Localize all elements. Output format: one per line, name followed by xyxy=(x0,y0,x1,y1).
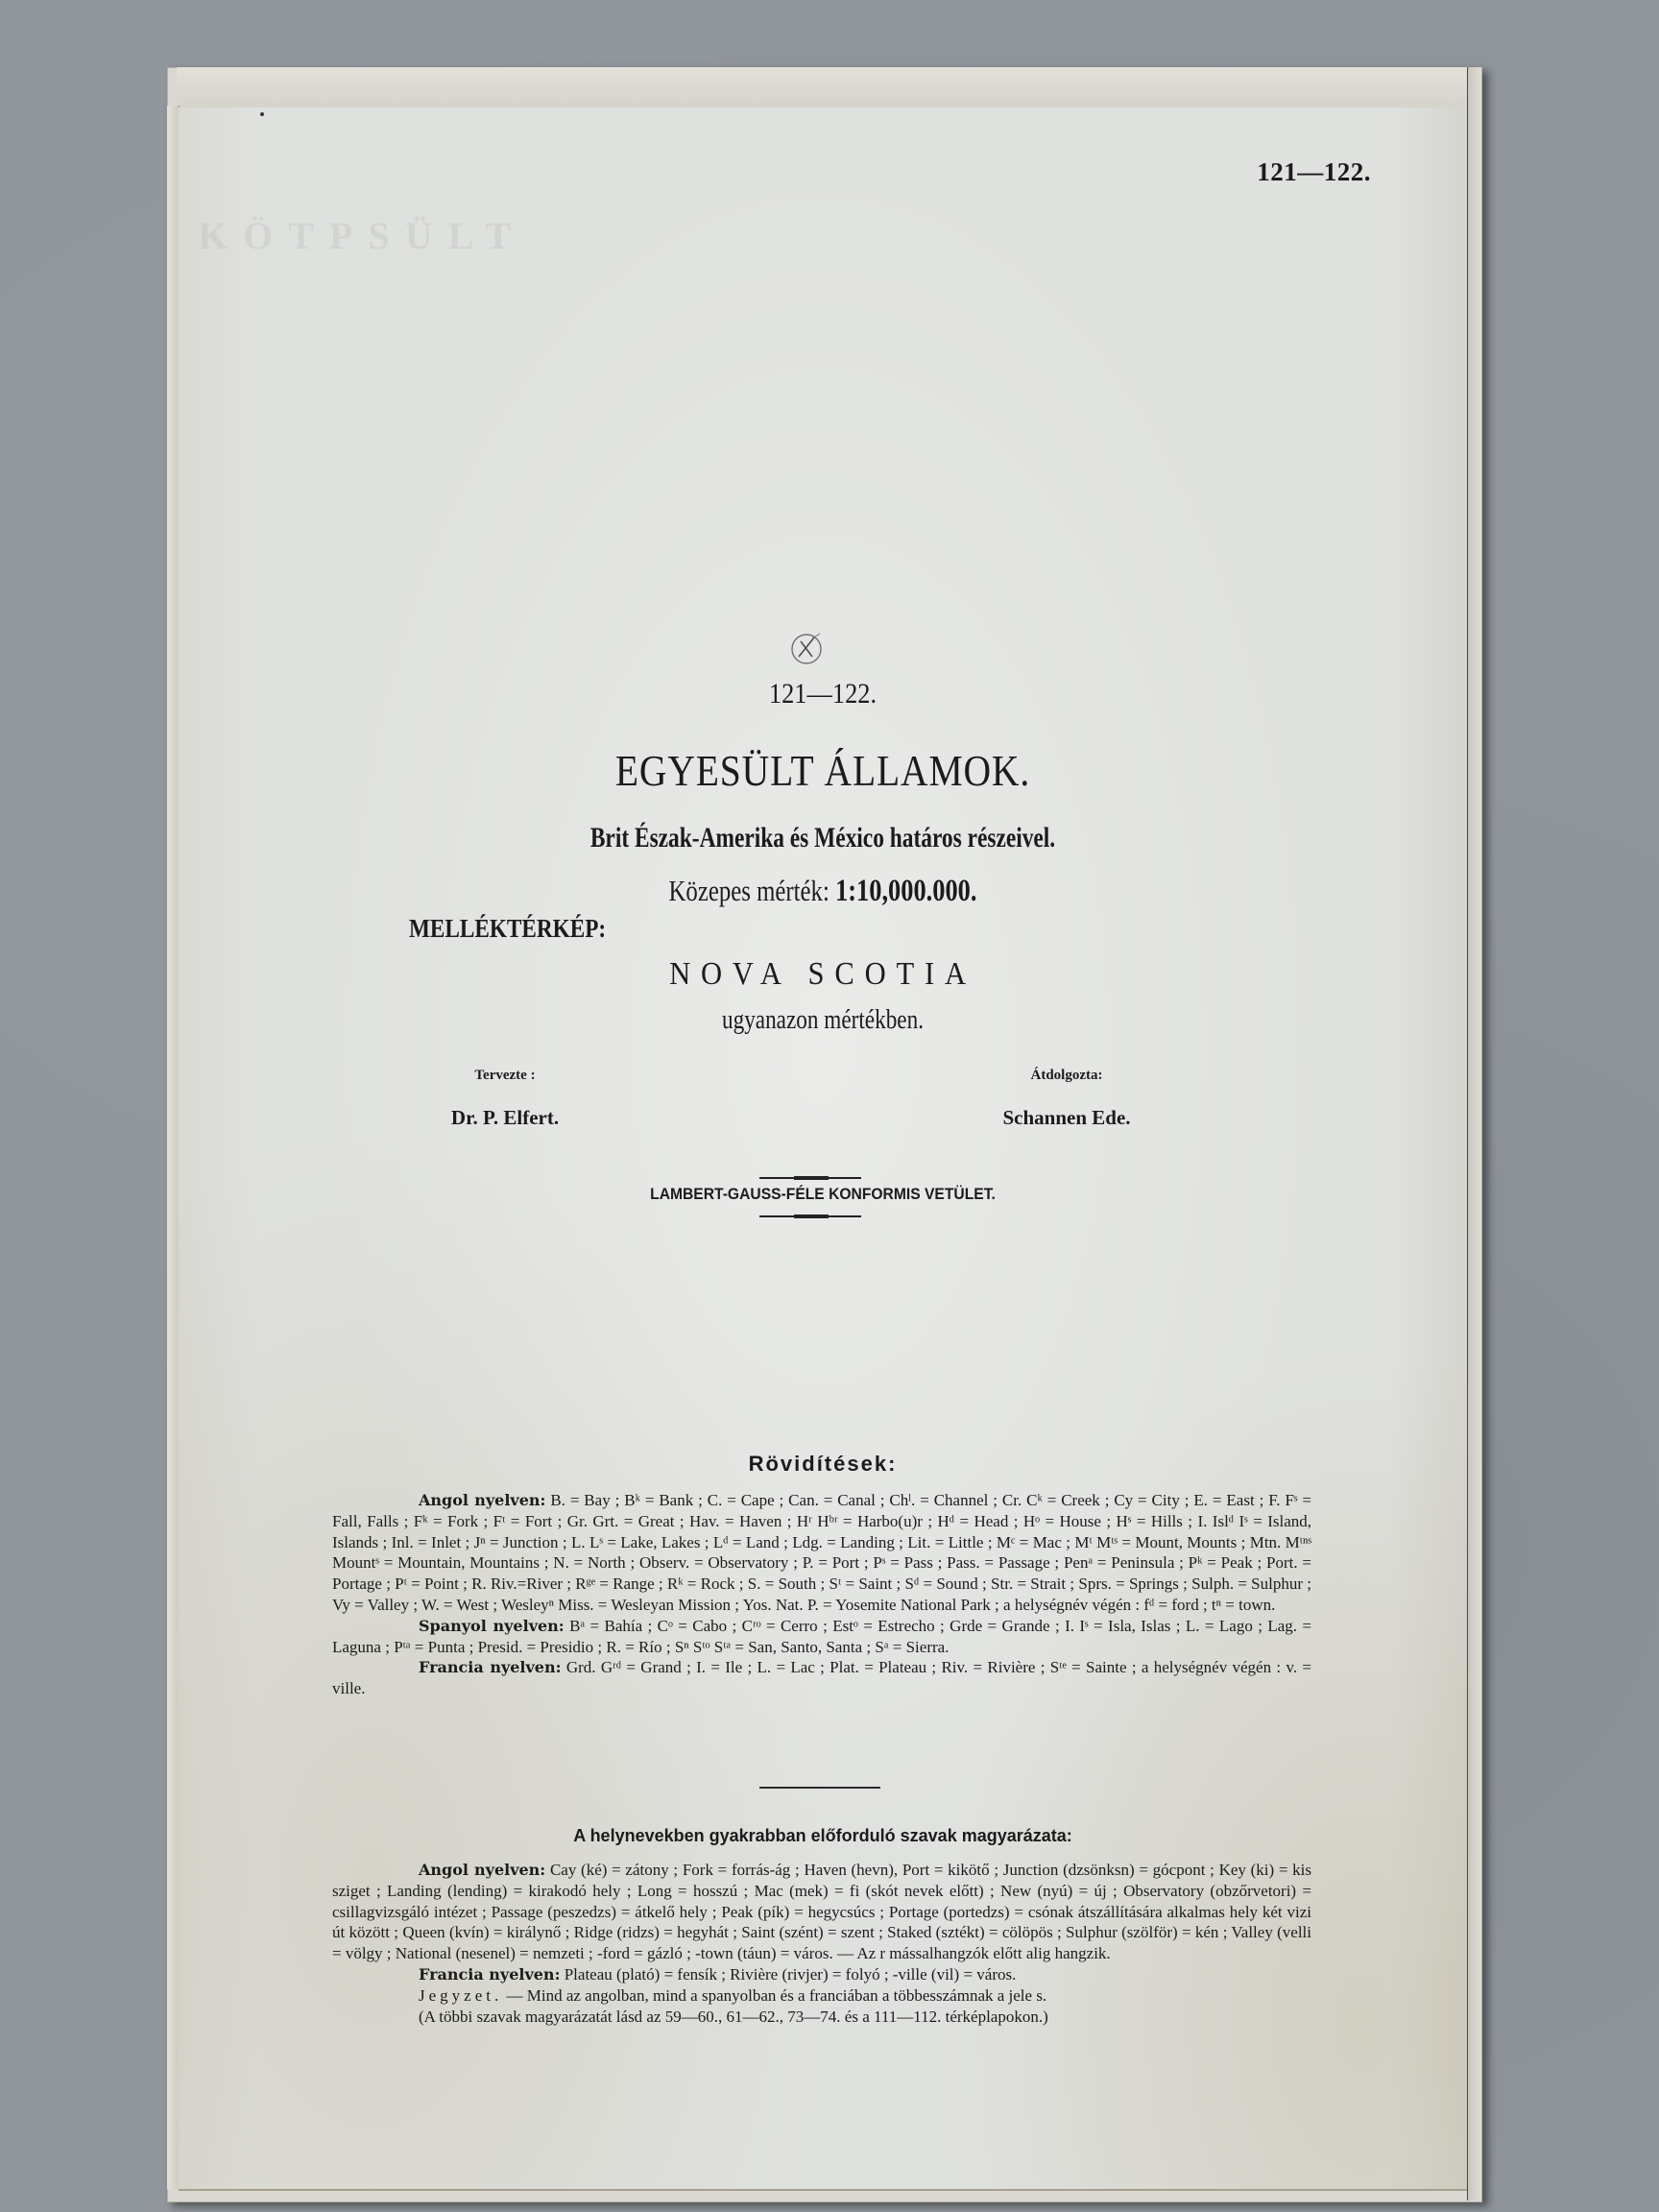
french-explain-label: Francia nyelven: xyxy=(419,1965,560,1984)
paper-speck xyxy=(260,112,264,116)
reference-text: (A többi szavak magyarázatát lásd az 59—… xyxy=(419,2008,1048,2026)
english-label: Angol nyelven: xyxy=(419,1491,545,1509)
ornament-rule-bottom xyxy=(759,1215,861,1217)
explanations-english: Angol nyelven: Cay (ké) = zátony ; Fork … xyxy=(332,1860,1311,1964)
scale-label: Közepes mérték: xyxy=(669,874,829,907)
english-explain-label: Angol nyelven: xyxy=(419,1861,545,1879)
abbreviations-french: Francia nyelven: Grd. Gʳᵈ = Grand ; I. =… xyxy=(332,1657,1311,1699)
inset-map-subtitle: ugyanazon mértékben. xyxy=(307,1004,1338,1036)
reviser-label: Átdolgozta: xyxy=(1031,1068,1103,1084)
explanations-reference: (A többi szavak magyarázatát lásd az 59—… xyxy=(332,2007,1311,2028)
ornament-rule-top xyxy=(759,1177,861,1179)
section-divider xyxy=(759,1787,880,1789)
paper-fold-top xyxy=(177,67,1480,108)
reviser-name: Schannen Ede. xyxy=(1002,1106,1130,1130)
abbreviations-english: Angol nyelven: B. = Bay ; Bᵏ = Bank ; C.… xyxy=(332,1490,1311,1616)
explanations-french: Francia nyelven: Plateau (plató) = fensí… xyxy=(332,1964,1311,1985)
abbreviations-spanish: Spanyol nyelven: Bᵃ = Bahía ; Cᵒ = Cabo … xyxy=(332,1616,1311,1658)
inset-map-title: NOVA SCOTIA xyxy=(243,956,1403,993)
french-label: Francia nyelven: xyxy=(419,1658,562,1676)
french-explain-text: Plateau (plató) = fensík ; Rivière (rivj… xyxy=(565,1965,1017,1984)
map-cover-page: KÖTPSÜLT 121—122. 121—122. EGYESÜLT ÁLLA… xyxy=(179,108,1467,2191)
paper-fold-right xyxy=(1467,67,1481,2200)
designer-label: Tervezte : xyxy=(474,1068,535,1084)
page-subtitle: Brit Észak-Amerika és México határos rés… xyxy=(321,822,1326,854)
scale-value: 1:10,000.000. xyxy=(835,874,976,908)
page-title: EGYESÜLT ÁLLAMOK. xyxy=(269,745,1377,796)
projection-label: LAMBERT-GAUSS-FÉLE KONFORMIS VETÜLET. xyxy=(230,1185,1416,1204)
abbreviations-heading: Rövidítések: xyxy=(179,1452,1467,1477)
note-label: Jegyzet. xyxy=(419,1986,502,2005)
sheet-number: 121—122. xyxy=(256,678,1390,710)
explanations-heading: A helynevekben gyakrabban előforduló sza… xyxy=(179,1826,1467,1846)
inset-map-label: MELLÉKTÉRKÉP: xyxy=(409,914,606,944)
scale-line: Közepes mérték: 1:10,000.000. xyxy=(307,874,1338,909)
abbreviations-block: Angol nyelven: B. = Bay ; Bᵏ = Bank ; C.… xyxy=(332,1490,1311,1699)
english-abbreviations-text: B. = Bay ; Bᵏ = Bank ; C. = Cape ; Can. … xyxy=(332,1491,1311,1614)
explanations-block: Angol nyelven: Cay (ké) = zátony ; Fork … xyxy=(332,1860,1311,2027)
pencil-x-mark-icon xyxy=(785,628,828,670)
explanations-note: Jegyzet. — Mind az angolban, mind a span… xyxy=(332,1985,1311,2007)
spanish-label: Spanyol nyelven: xyxy=(419,1617,565,1635)
show-through-text: KÖTPSÜLT xyxy=(198,213,526,258)
corner-page-number: 121—122. xyxy=(1257,157,1371,187)
designer-name: Dr. P. Elfert. xyxy=(451,1106,559,1130)
note-text: — Mind az angolban, mind a spanyolban és… xyxy=(506,1986,1046,2005)
